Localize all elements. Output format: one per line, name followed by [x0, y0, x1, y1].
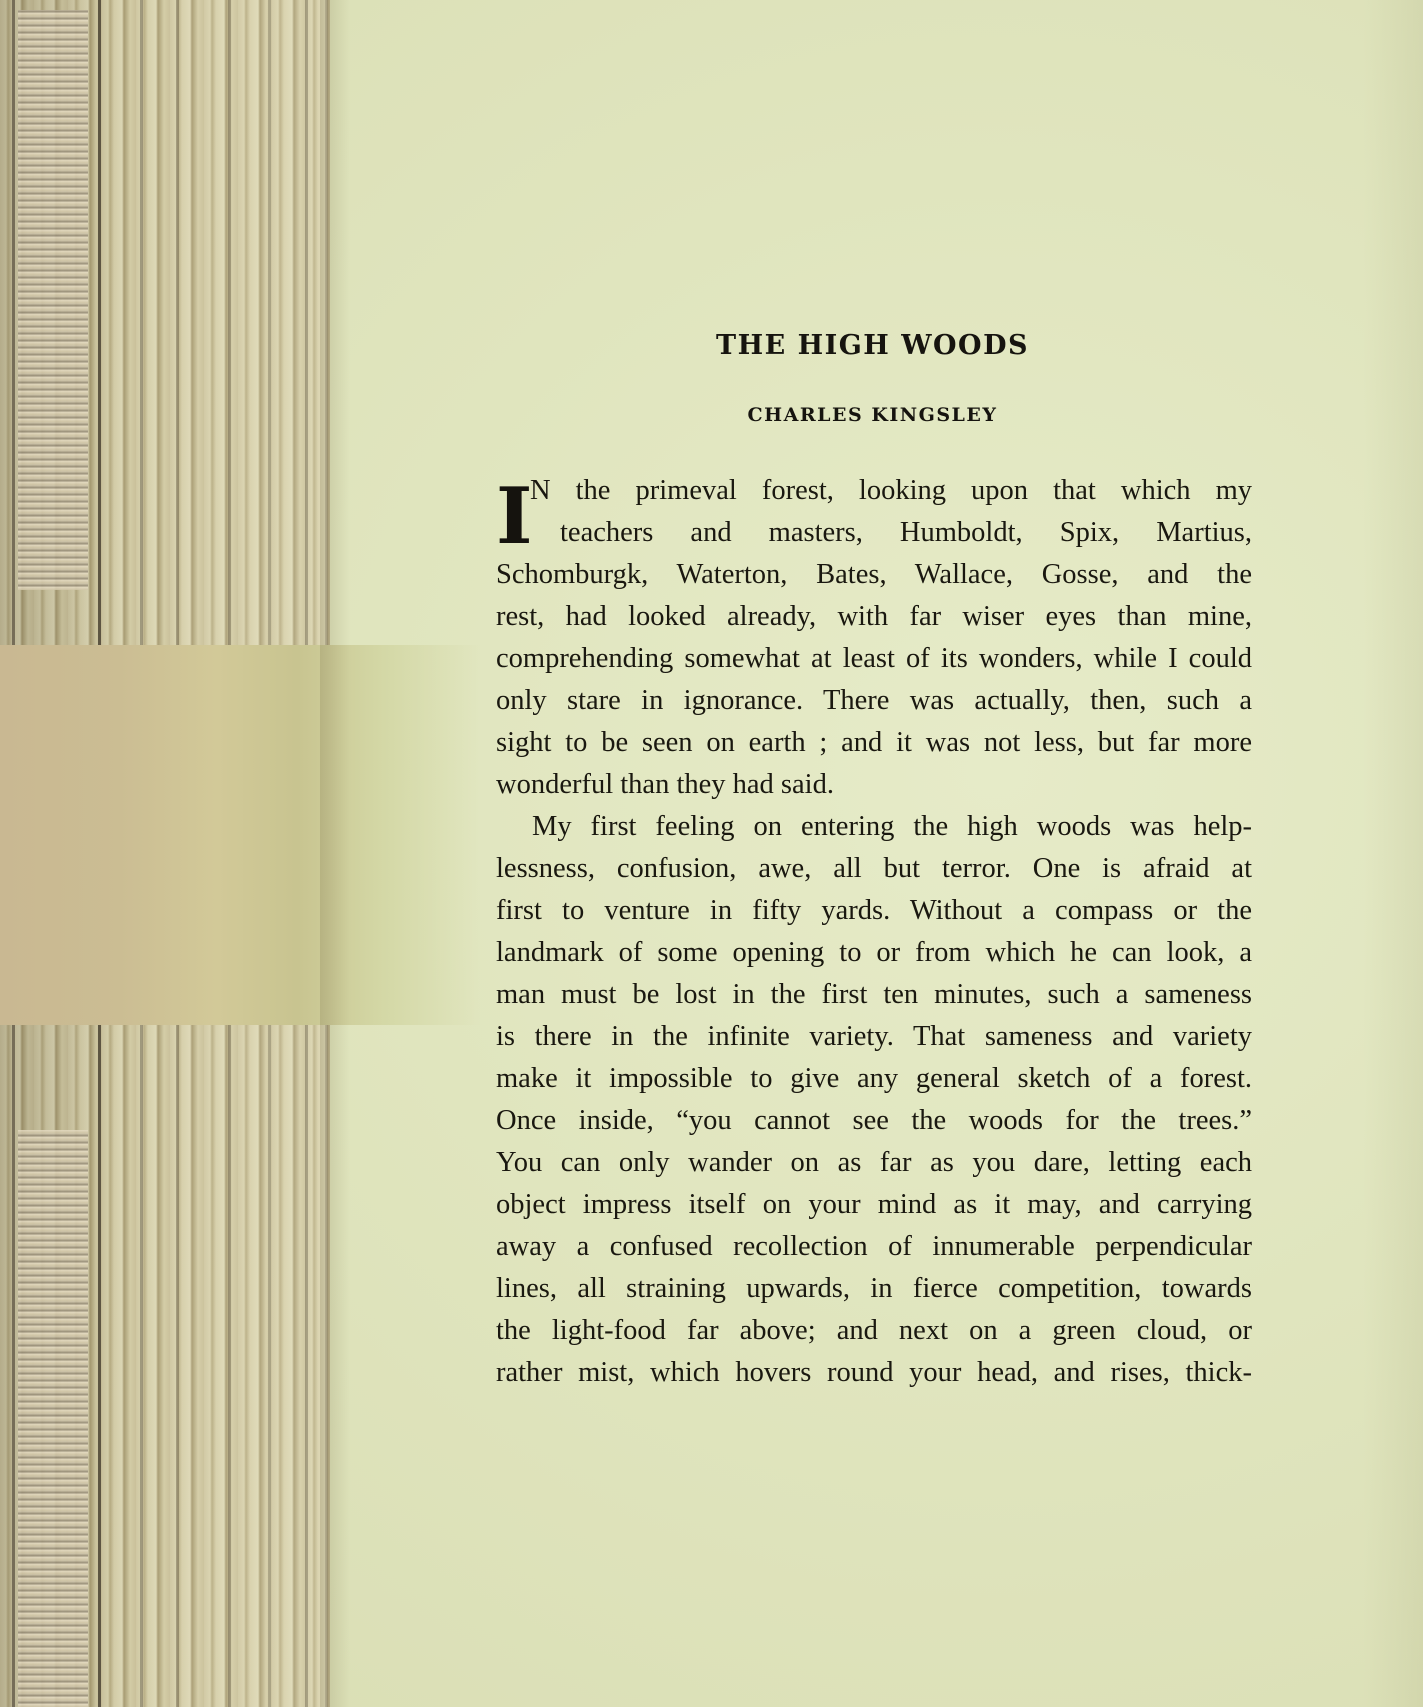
text-line: rather mist, which hovers round your hea…: [496, 1352, 1252, 1394]
text-line: landmark of some opening to or from whic…: [496, 932, 1252, 974]
text-line: first to venture in fifty yards. Without…: [496, 890, 1252, 932]
text-line: object impress itself on your mind as it…: [496, 1184, 1252, 1226]
text-line: rest, had looked already, with far wiser…: [496, 596, 1252, 638]
text-line: N the primeval forest, looking upon that…: [496, 470, 1252, 512]
author-name: CHARLES KINGSLEY: [540, 404, 1205, 426]
text-line: comprehending somewhat at least of its w…: [496, 638, 1252, 680]
text-line: man must be lost in the first ten minute…: [496, 974, 1252, 1016]
page-edge-block: [18, 10, 88, 590]
text-line: You can only wander on as far as you dar…: [496, 1142, 1252, 1184]
text-line: lines, all straining upwards, in fierce …: [496, 1268, 1252, 1310]
text-line: make it impossible to give any general s…: [496, 1058, 1252, 1100]
text-line: My first feeling on entering the high wo…: [496, 806, 1252, 848]
book-page: THE HIGH WOODS CHARLES KINGSLEY I N the …: [0, 0, 1423, 1707]
text-line: the light-food far above; and next on a …: [496, 1310, 1252, 1352]
chapter-title: THE HIGH WOODS: [540, 330, 1205, 361]
text-line: is there in the infinite variety. That s…: [496, 1016, 1252, 1058]
page-edge-block: [18, 1130, 88, 1707]
paragraph-2: My first feeling on entering the high wo…: [496, 806, 1252, 1394]
text-line: sight to be seen on earth ; and it was n…: [496, 722, 1252, 764]
scan-blur-band: [0, 645, 480, 1025]
gutter-shadow: [320, 0, 350, 1707]
body-text: I N the primeval forest, looking upon th…: [496, 470, 1252, 1394]
text-line: teachers and masters, Humboldt, Spix, Ma…: [496, 512, 1252, 554]
text-line: wonderful than they had said.: [496, 764, 1252, 806]
drop-cap: I: [496, 478, 533, 556]
text-line: away a confused recollection of innumera…: [496, 1226, 1252, 1268]
text-line: Once inside, “you cannot see the woods f…: [496, 1100, 1252, 1142]
paragraph-1: I N the primeval forest, looking upon th…: [496, 470, 1252, 806]
right-edge-shadow: [1363, 0, 1423, 1707]
text-line: Schomburgk, Waterton, Bates, Wallace, Go…: [496, 554, 1252, 596]
text-line: lessness, confusion, awe, all but terror…: [496, 848, 1252, 890]
text-line: only stare in ignorance. There was actua…: [496, 680, 1252, 722]
